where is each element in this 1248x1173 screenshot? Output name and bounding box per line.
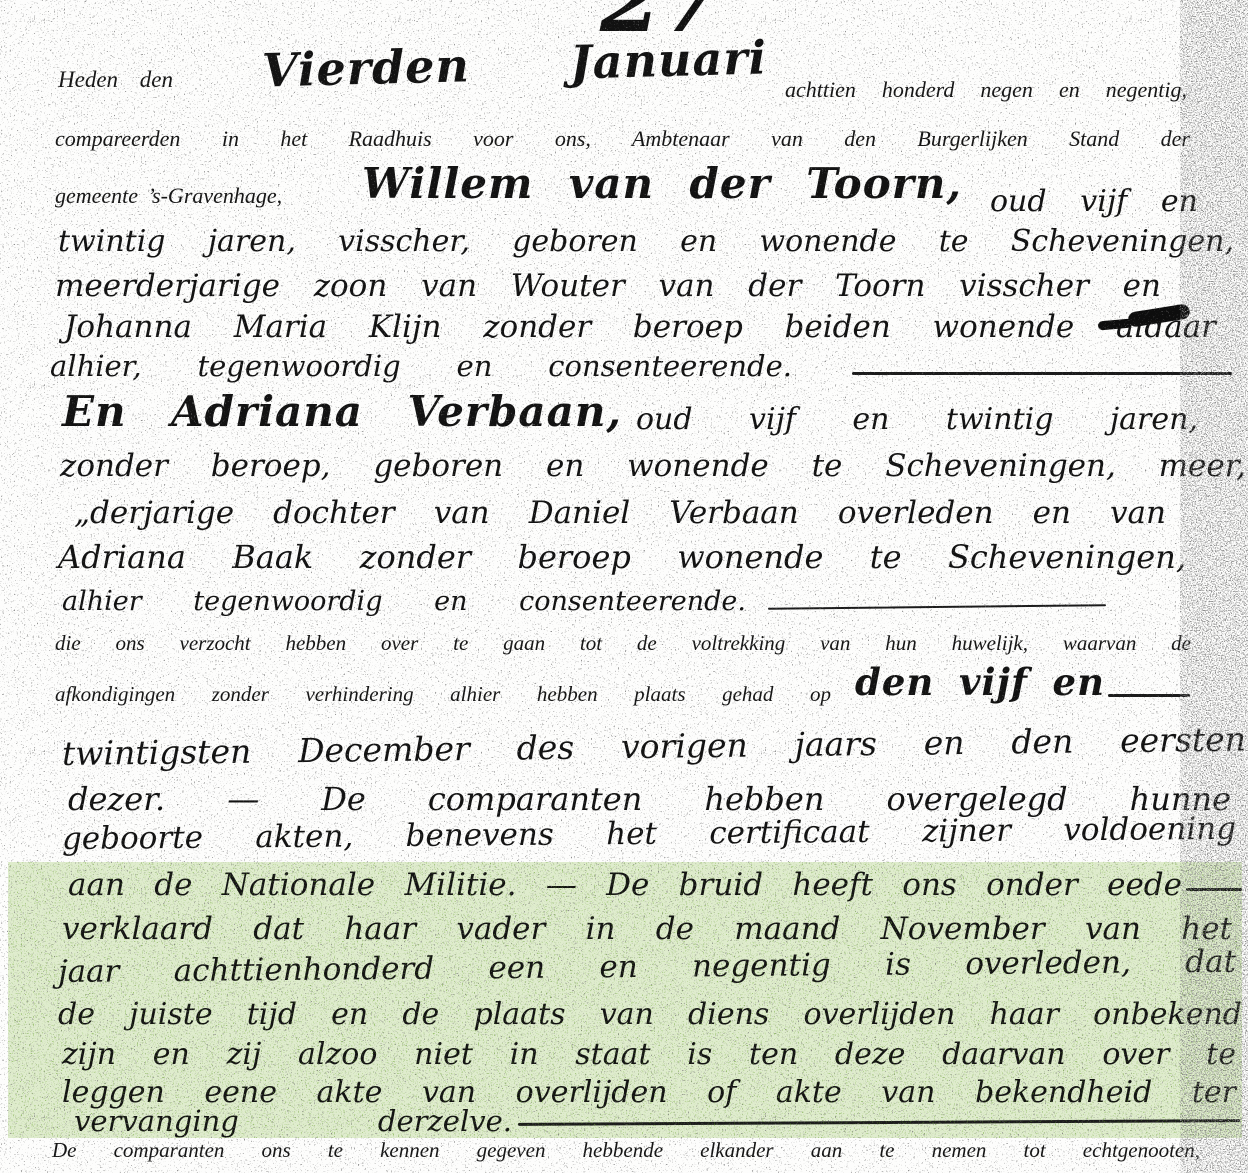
bride-age-fragment: oud vijf en twintig jaren, [636,404,1198,436]
groom-line: Johanna Maria Klijn zonder beroep beiden… [64,311,1216,344]
declaration-line: vervanging derzelve. [74,1106,512,1136]
banns-written-line: twintigsten December des vorigen jaars e… [62,723,1246,772]
filler-line [768,604,1106,610]
bride-line: Adriana Baak zonder beroep wonende te Sc… [58,541,1186,575]
opening-printed-line2: compareerden in het Raadhuis voor ons, A… [55,127,1190,150]
banns-printed-line: die ons verzocht hebben over te gaan tot… [55,632,1191,654]
groom-line: meerderjarige zoon van Wouter van der To… [55,270,1161,303]
declaration-line: verklaard dat haar vader in de maand Nov… [62,913,1232,946]
groom-age-fragment: oud vijf en [990,186,1198,218]
groom-line: twintig jaren, visscher, geboren en wone… [58,226,1234,258]
groom-line: alhier, tegenwoordig en consenteerende. [50,351,792,381]
bride-line: zonder beroep, geboren en wonende te Sch… [60,450,1246,483]
opening-printed-line3: gemeente ’s-Gravenhage, [55,184,282,207]
banns-written-line: geboorte akten, benevens het certificaat… [62,813,1236,856]
declaration-line: de juiste tijd en de plaats van diens ov… [58,999,1242,1031]
declaration-line: jaar achttienhonderd een en negentig is … [58,946,1236,989]
filler-line [1186,888,1242,891]
filler-line [852,372,1232,375]
filler-line [1108,694,1190,697]
opening-printed-prefix: Heden den [58,68,173,92]
bride-line: „derjarige dochter van Daniel Verbaan ov… [74,497,1166,530]
banns-written-date: den vijf en [855,663,1105,702]
opening-written-date: Vierden Januari [261,33,767,94]
bride-name: En Adriana Verbaan, [62,390,622,434]
declaration-line: aan de Nationale Militie. — De bruid hee… [68,869,1182,902]
declaration-line: zijn en zij alzoo niet in staat is ten d… [62,1039,1236,1071]
bride-line: alhier tegenwoordig en consenteerende. [62,588,746,616]
opening-printed-year: achttien honderd negen en negentig, [785,78,1187,101]
closing-printed-line: De comparanten ons te kennen gegeven heb… [52,1139,1200,1161]
filler-line [518,1119,1240,1126]
banns-printed-line: afkondigingen zonder verhindering alhier… [55,683,831,705]
groom-name: Willem van der Toorn, [362,162,962,206]
scanned-document-page: 27 Heden den Vierden Januari achttien ho… [0,0,1248,1173]
document-text-layer: 27 Heden den Vierden Januari achttien ho… [0,0,1248,1173]
